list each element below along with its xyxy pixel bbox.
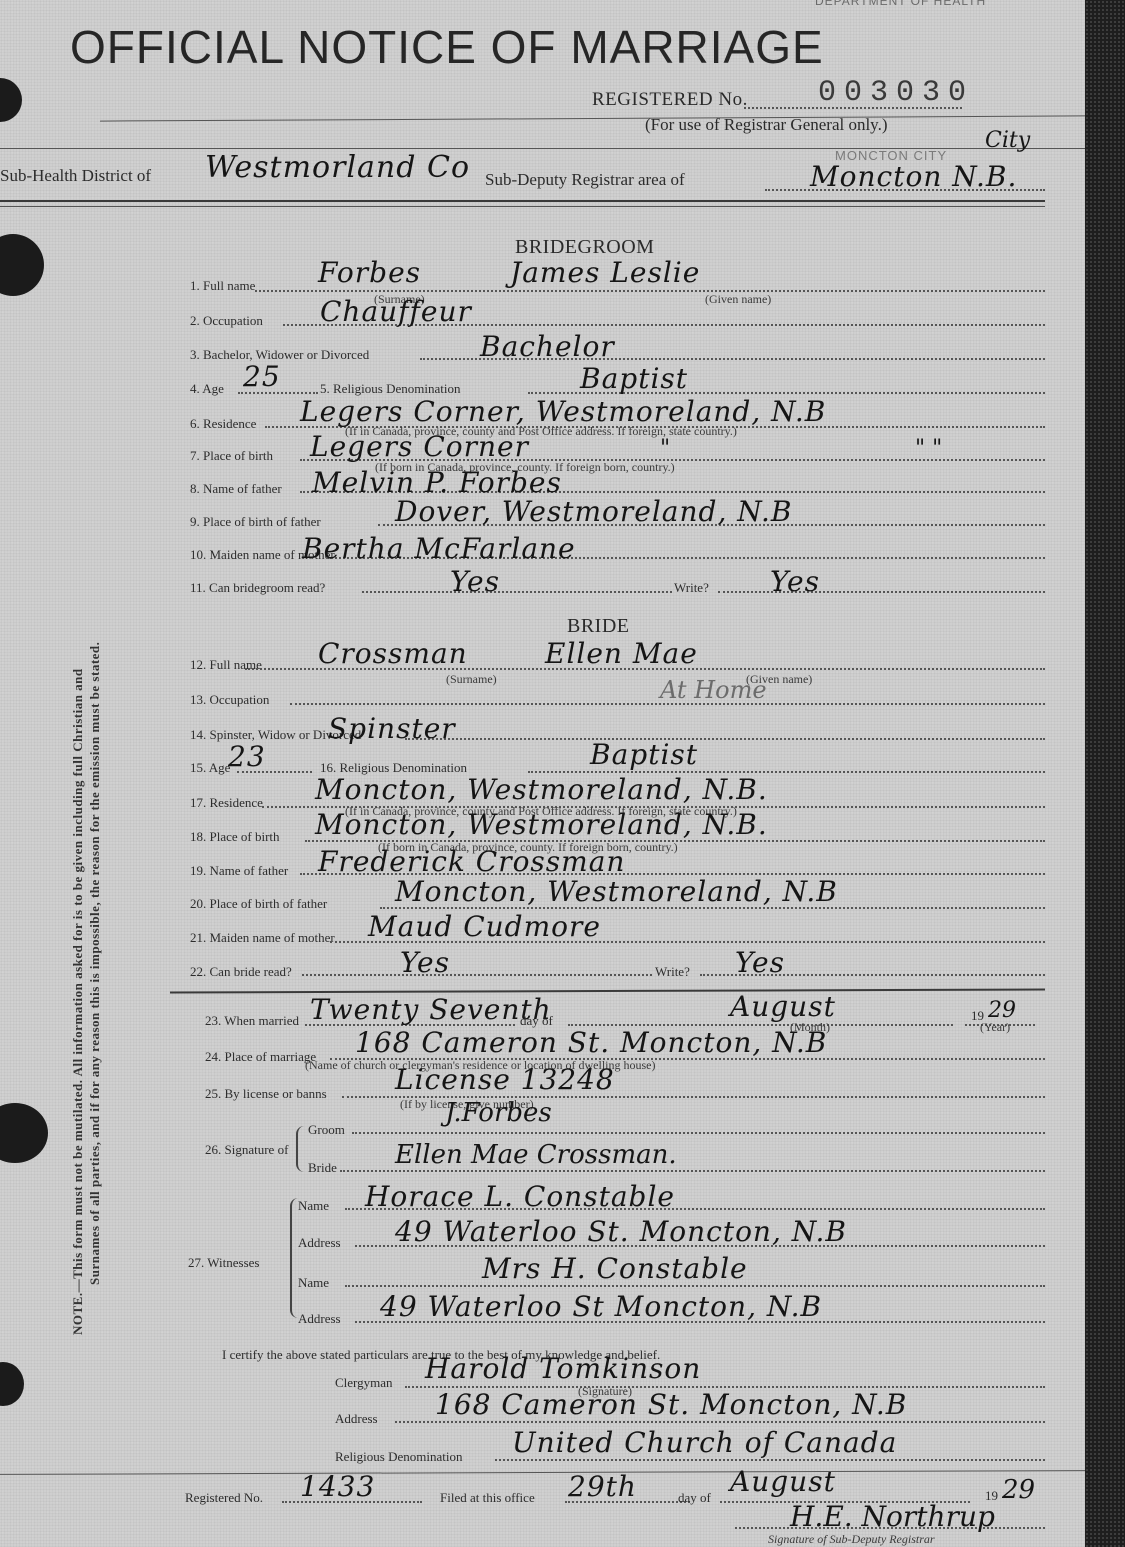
dotted-line xyxy=(362,591,672,593)
witness-2-address: 49 Waterloo St Moncton, N.B xyxy=(380,1290,822,1323)
dotted-line xyxy=(345,1285,1045,1287)
dotted-line xyxy=(340,1170,1045,1172)
surname-hint: (Surname) xyxy=(446,672,497,687)
registered-no-value: 003030 xyxy=(818,76,974,110)
registrar-note: (For use of Registrar General only.) xyxy=(645,115,888,135)
filing-registered-no-label: Registered No. xyxy=(185,1490,263,1506)
clergyman-denomination: United Church of Canada xyxy=(512,1426,897,1459)
sub-health-district-label: Sub-Health District of xyxy=(0,166,151,186)
bride-father-name-label: 19. Name of father xyxy=(190,863,288,879)
groom-can-read-label: 11. Can bridegroom read? xyxy=(190,580,325,596)
bride-age: 23 xyxy=(228,740,266,773)
margin-note-line-1: NOTE.—This form must not be mutilated. A… xyxy=(70,668,86,1335)
registrar-signature-label: Signature of Sub-Deputy Registrar xyxy=(768,1532,935,1547)
bride-age-label: 15. Age xyxy=(190,760,230,776)
witness-1-name-label: Name xyxy=(298,1198,329,1214)
groom-age-label: 4. Age xyxy=(190,381,224,397)
bride-mother-maiden: Maud Cudmore xyxy=(368,910,601,943)
rule xyxy=(100,115,1085,121)
margin-note-line-2: Surnames of all parties, and if for any … xyxy=(87,642,103,1285)
witnesses-label: 27. Witnesses xyxy=(188,1255,259,1271)
groom-full-name-label: 1. Full name xyxy=(190,278,255,294)
year-hint: (Year) xyxy=(980,1020,1010,1035)
witness-1-address: 49 Waterloo St. Moncton, N.B xyxy=(395,1215,847,1248)
dotted-line xyxy=(352,1132,1045,1134)
groom-can-write-label: Write? xyxy=(674,580,709,596)
filing-year: 29 xyxy=(1002,1475,1035,1505)
bride-surname: Crossman xyxy=(318,637,468,670)
groom-can-read: Yes xyxy=(450,565,500,598)
brace xyxy=(290,1198,298,1318)
bride-occupation: At Home xyxy=(660,676,767,704)
groom-surname: Forbes xyxy=(318,256,421,289)
bride-father-name: Frederick Crossman xyxy=(318,845,625,878)
bride-signature-label: Bride xyxy=(308,1160,337,1176)
groom-can-write: Yes xyxy=(770,565,820,598)
filing-registered-no: 1433 xyxy=(300,1470,375,1503)
groom-birthplace-ditto: " xyxy=(660,436,670,461)
bride-mother-maiden-label: 21. Maiden name of mother xyxy=(190,930,335,946)
bride-father-birthplace: Moncton, Westmoreland, N.B xyxy=(395,875,838,908)
bride-birthplace-label: 18. Place of birth xyxy=(190,829,280,845)
groom-age: 25 xyxy=(243,360,281,393)
signature-of-label: 26. Signature of xyxy=(205,1142,288,1158)
filed-day: 29th xyxy=(568,1470,637,1503)
rule xyxy=(170,988,1045,993)
groom-father-birthplace-label: 9. Place of birth of father xyxy=(190,514,321,530)
groom-mother-maiden: Bertha McFarlane xyxy=(302,532,576,565)
groom-birthplace-ditto: " " xyxy=(915,436,942,461)
license-label: 25. By license or banns xyxy=(205,1086,327,1102)
when-married-month: August xyxy=(730,990,836,1023)
dotted-line xyxy=(744,107,962,109)
sub-deputy-area-value: Moncton N.B. xyxy=(810,160,1017,193)
rule xyxy=(0,200,1045,202)
dotted-line xyxy=(718,591,1045,593)
section-title-bride: BRIDE xyxy=(567,615,630,638)
punch-hole xyxy=(0,234,44,296)
denomination-label: Religious Denomination xyxy=(335,1449,462,1465)
clergyman-signature: Harold Tomkinson xyxy=(425,1352,701,1385)
bride-signature: Ellen Mae Crossman. xyxy=(395,1140,677,1170)
clergyman-label: Clergyman xyxy=(335,1375,393,1391)
bride-can-write-label: Write? xyxy=(655,964,690,980)
filing-day-of-label: day of xyxy=(678,1490,711,1506)
bride-residence: Moncton, Westmoreland, N.B. xyxy=(315,773,768,806)
groom-father-birthplace: Dover, Westmoreland, N.B xyxy=(395,495,792,528)
filed-month: August xyxy=(730,1465,836,1498)
bride-can-write: Yes xyxy=(735,946,785,979)
groom-residence-label: 6. Residence xyxy=(190,416,256,432)
rule xyxy=(0,1470,1085,1475)
groom-occupation-label: 2. Occupation xyxy=(190,313,263,329)
dotted-line xyxy=(405,738,1045,740)
bride-can-read-label: 22. Can bride read? xyxy=(190,964,292,980)
groom-father-name-label: 8. Name of father xyxy=(190,481,282,497)
punch-hole xyxy=(0,1362,24,1406)
sub-deputy-area-annotation: City xyxy=(985,128,1030,153)
dotted-line xyxy=(495,1459,1045,1461)
dotted-line xyxy=(395,1421,1045,1423)
groom-birthplace-label: 7. Place of birth xyxy=(190,448,273,464)
groom-birthplace: Legers Corner xyxy=(310,430,529,463)
groom-occupation: Chauffeur xyxy=(320,295,472,328)
place-of-marriage: 168 Cameron St. Moncton, N.B xyxy=(355,1026,827,1059)
groom-signature-label: Groom xyxy=(308,1122,345,1138)
witness-1-name: Horace L. Constable xyxy=(365,1180,675,1213)
dotted-line xyxy=(302,974,652,976)
bride-given-name: Ellen Mae xyxy=(545,637,698,670)
witness-2-name: Mrs H. Constable xyxy=(482,1252,748,1285)
registrar-signature: H.E. Northrup xyxy=(790,1500,995,1533)
clergyman-address: 168 Cameron St. Moncton, N.B xyxy=(435,1388,907,1421)
bride-occupation-label: 13. Occupation xyxy=(190,692,269,708)
witness-1-address-label: Address xyxy=(298,1235,341,1251)
punch-hole xyxy=(0,1103,48,1163)
department-stamp: DEPARTMENT OF HEALTH xyxy=(815,0,986,8)
when-married-label: 23. When married xyxy=(205,1013,299,1029)
brace xyxy=(296,1126,304,1172)
clergyman-address-label: Address xyxy=(335,1411,378,1427)
registered-no-label: REGISTERED No. xyxy=(592,89,748,111)
scan-edge xyxy=(1085,0,1125,1547)
page-title: OFFICIAL NOTICE OF MARRIAGE xyxy=(70,20,824,74)
sub-deputy-area-label: Sub-Deputy Registrar area of xyxy=(485,170,685,190)
bride-religion: Baptist xyxy=(590,738,698,771)
witness-2-address-label: Address xyxy=(298,1311,341,1327)
bride-birthplace: Moncton, Westmoreland, N.B. xyxy=(315,808,768,841)
groom-marital-status: Bachelor xyxy=(480,330,615,363)
groom-religion: Baptist xyxy=(580,362,688,395)
place-of-marriage-label: 24. Place of marriage xyxy=(205,1049,316,1065)
license-value: License 13248 xyxy=(395,1063,615,1096)
rule xyxy=(0,206,1045,207)
bride-father-birthplace-label: 20. Place of birth of father xyxy=(190,896,327,912)
bride-full-name-label: 12. Full name xyxy=(190,657,262,673)
document-page: DEPARTMENT OF HEALTH OFFICIAL NOTICE OF … xyxy=(0,0,1085,1547)
bride-can-read: Yes xyxy=(400,946,450,979)
groom-signature: J.Forbes xyxy=(445,1098,552,1128)
sub-health-district-value: Westmorland Co xyxy=(205,150,470,185)
given-name-hint: (Given name) xyxy=(705,292,771,307)
when-married-day: Twenty Seventh xyxy=(310,993,552,1026)
punch-hole xyxy=(0,78,22,122)
witness-2-name-label: Name xyxy=(298,1275,329,1291)
bride-residence-label: 17. Residence xyxy=(190,795,263,811)
groom-given-name: James Leslie xyxy=(510,256,700,289)
bride-marital-status: Spinster xyxy=(328,712,456,745)
filed-label: Filed at this office xyxy=(440,1490,535,1506)
